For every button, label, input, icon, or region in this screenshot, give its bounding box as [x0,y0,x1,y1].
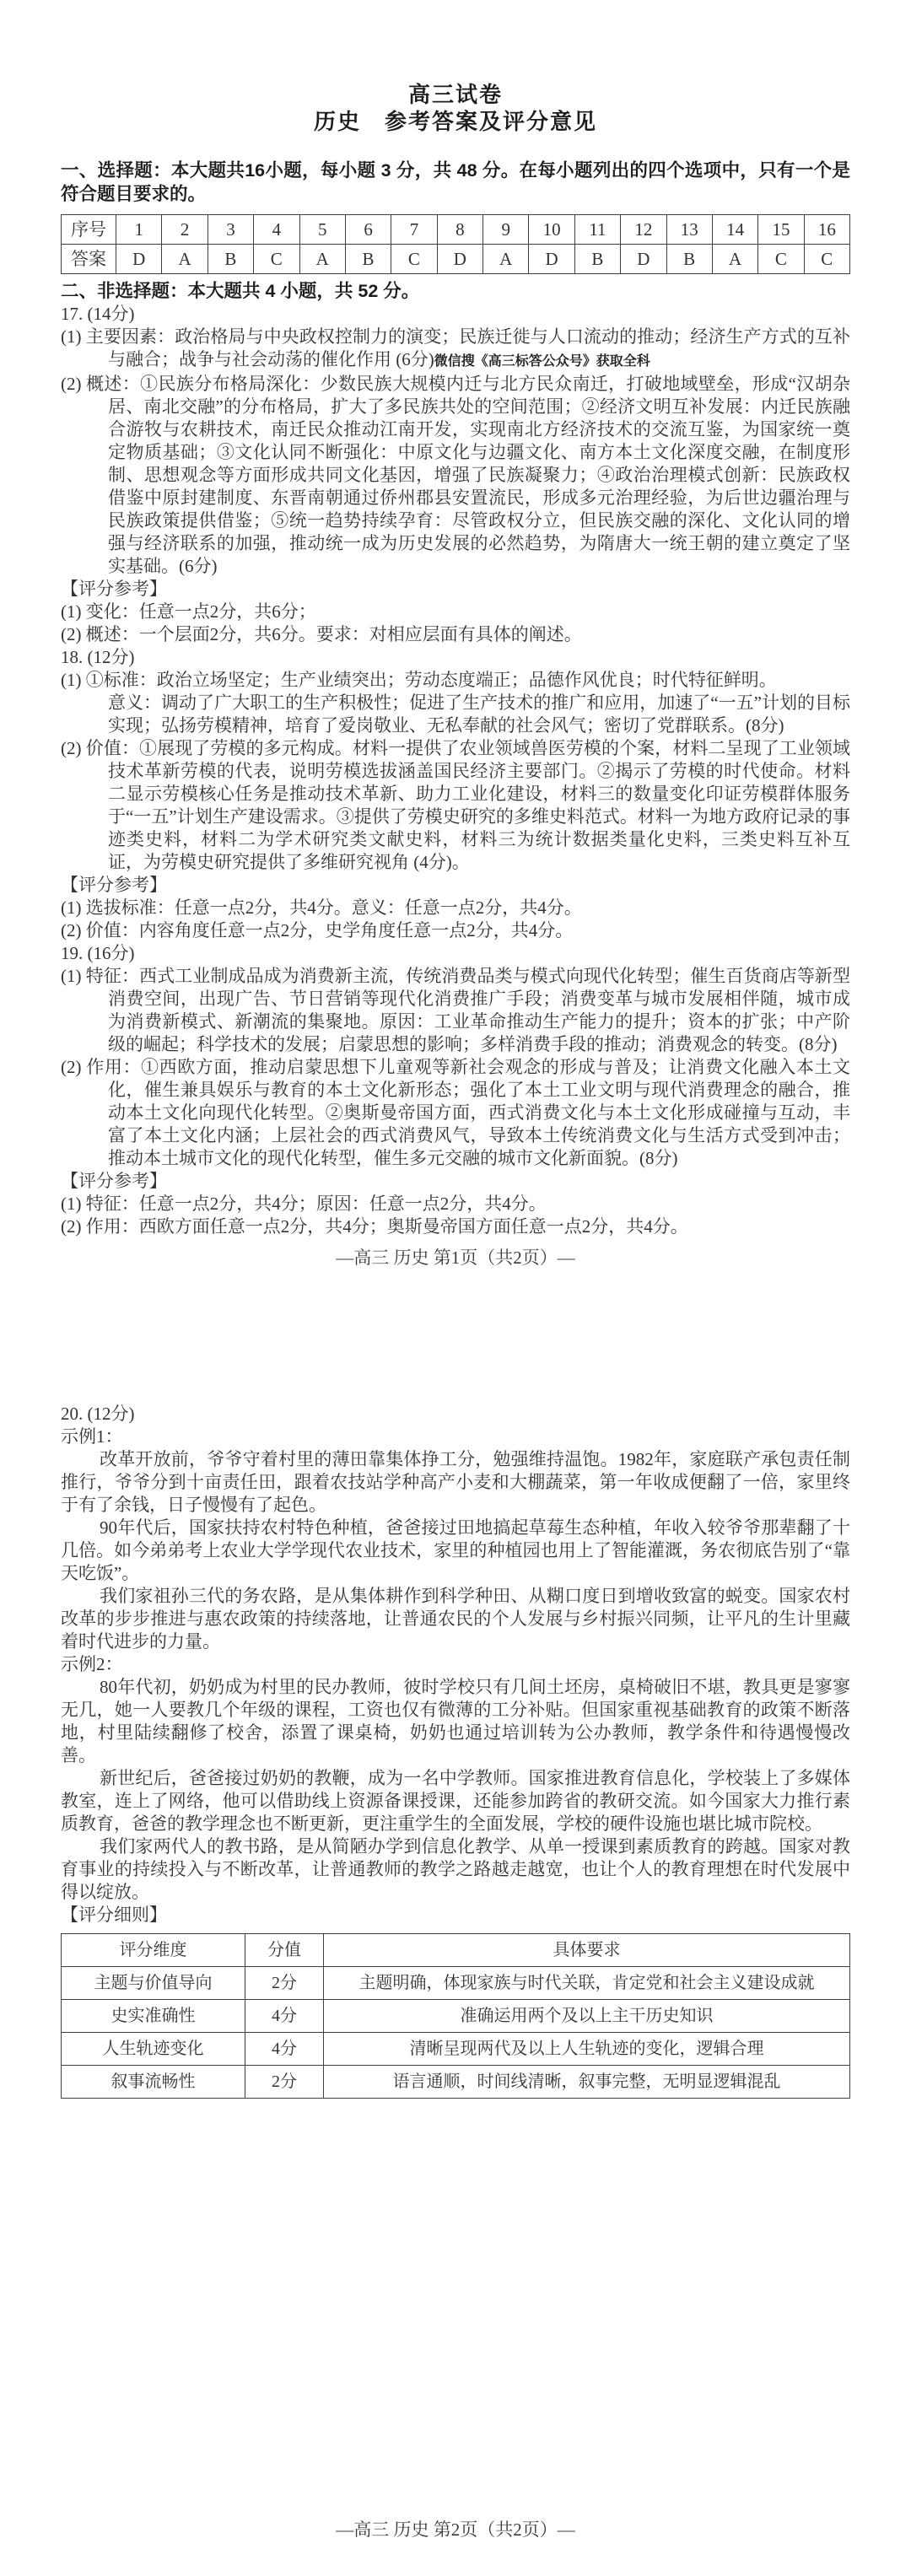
answer-cell: B [666,245,712,274]
answer-number: 7 [391,215,437,245]
rubric-requirement: 清晰呈现两代及以上人生轨迹的变化，逻辑合理 [324,2033,850,2066]
page2-footer: —高三 历史 第2页（共2页）— [61,2519,850,2541]
answer-cell: D [621,245,666,274]
page-content: 高三试卷 历史 参考答案及评分意见 一、选择题：本大题共16小题，每小题 3 分… [0,0,911,2541]
q19-scoring-1: (1) 特征：任意一点2分，共4分；原因：任意一点2分，共4分。 [61,1193,850,1215]
rubric-score: 2分 [245,2066,324,2099]
rubric-row: 主题与价值导向 2分 主题明确，体现家族与时代关联，肯定党和社会主义建设成就 [62,1967,850,2000]
q20-example2-label: 示例2： [61,1653,850,1676]
doc-title: 高三试卷 [61,81,850,108]
q20-example2-paragraph-3: 我们家两代人的教书路，是从简陋办学到信息化教学、从单一授课到素质教育的跨越。国家… [61,1835,850,1904]
answer-number: 16 [804,215,849,245]
answer-number: 15 [758,215,804,245]
answer-cell: C [254,245,299,274]
q17-scoring-2: (2) 概述：一个层面2分，共6分。要求：对相应层面有具体的阐述。 [61,623,850,646]
answer-number: 2 [162,215,208,245]
q19-answer-2: (2) 作用：①西欧方面，推动启蒙思想下儿童观等新社会观念的形成与普及；让消费文… [61,1056,850,1170]
q20-rubric-title: 【评分细则】 [61,1904,850,1927]
rubric-table: 评分维度 分值 具体要求 主题与价值导向 2分 主题明确，体现家族与时代关联，肯… [61,1933,850,2099]
answer-cell: D [116,245,162,274]
answer-number: 11 [574,215,620,245]
answer-cell: A [162,245,208,274]
answer-number: 4 [254,215,299,245]
rubric-dimension: 人生轨迹变化 [62,2033,245,2066]
q18-scoring-2: (2) 价值：内容角度任意一点2分，史学角度任意一点2分，共4分。 [61,919,850,942]
q20-header: 20. (12分) [61,1403,850,1425]
answer-number: 14 [712,215,757,245]
answer-number: 12 [621,215,666,245]
q18-header: 18. (12分) [61,646,850,669]
answer-cell: B [208,245,253,274]
q18-answer-2: (2) 价值：①展现了劳模的多元构成。材料一提供了农业领域兽医劳模的个案，材料二… [61,737,850,874]
answer-cell: C [391,245,437,274]
q17-answer-1: (1) 主要因素：政治格局与中央政权控制力的演变；民族迁徙与人口流动的推动；经济… [61,326,850,373]
answer-table-number-label: 序号 [62,215,116,245]
q19-answer-1: (1) 特征：西式工业制成品成为消费新主流，传统消费品类与模式向现代化转型；催生… [61,965,850,1056]
answer-number: 6 [345,215,391,245]
answer-cell: C [804,245,849,274]
rubric-row: 史实准确性 4分 准确运用两个及以上主干历史知识 [62,2000,850,2033]
q19-scoring-2: (2) 作用：西欧方面任意一点2分，共4分；奥斯曼帝国方面任意一点2分，共4分。 [61,1215,850,1238]
exam-answer-sheet: 高三试卷 历史 参考答案及评分意见 一、选择题：本大题共16小题，每小题 3 分… [0,0,911,2576]
rubric-requirement: 准确运用两个及以上主干历史知识 [324,2000,850,2033]
q17-scoring-1: (1) 变化：任意一点2分，共6分； [61,601,850,623]
answer-cell: C [758,245,804,274]
answer-number: 3 [208,215,253,245]
answer-table-answer-row: 答案 D A B C A B C D A D B D B A C C [62,245,850,274]
answer-number: 13 [666,215,712,245]
answer-cell: A [483,245,529,274]
answer-table-number-row: 序号 1 2 3 4 5 6 7 8 9 10 11 12 13 14 15 1… [62,215,850,245]
rubric-header-row: 评分维度 分值 具体要求 [62,1934,850,1967]
rubric-dimension: 主题与价值导向 [62,1967,245,2000]
rubric-dimension: 史实准确性 [62,2000,245,2033]
rubric-dimension: 叙事流畅性 [62,2066,245,2099]
rubric-row: 人生轨迹变化 4分 清晰呈现两代及以上人生轨迹的变化，逻辑合理 [62,2033,850,2066]
q20-example1-paragraph-3: 我们家祖孙三代的务农路，是从集体耕作到科学种田、从糊口度日到增收致富的蜕变。国家… [61,1585,850,1653]
answer-table-answer-label: 答案 [62,245,116,274]
q19-header: 19. (16分) [61,942,850,965]
q18-scoring-1: (1) 选拔标准：任意一点2分，共4分。意义：任意一点2分，共4分。 [61,897,850,919]
answer-number: 5 [299,215,345,245]
answer-number: 9 [483,215,529,245]
rubric-header-dimension: 评分维度 [62,1934,245,1967]
rubric-requirement: 主题明确，体现家族与时代关联，肯定党和社会主义建设成就 [324,1967,850,2000]
rubric-header-score: 分值 [245,1934,324,1967]
q17-header: 17. (14分) [61,303,850,326]
q20-example2-paragraph-1: 80年代初，奶奶成为村里的民办教师，彼时学校只有几间土坯房，桌椅破旧不堪，教具更… [61,1676,850,1767]
answer-cell: A [712,245,757,274]
rubric-score: 4分 [245,2000,324,2033]
answer-number: 8 [437,215,482,245]
doc-subtitle: 历史 参考答案及评分意见 [61,108,850,135]
q17-answer-2: (2) 概述：①民族分布格局深化：少数民族大规模内迁与北方民众南迁，打破地域壁垒… [61,373,850,578]
answer-number: 1 [116,215,162,245]
answer-cell: A [299,245,345,274]
answer-number: 10 [529,215,574,245]
q18-answer-1-standard: (1) ①标准：政治立场坚定；生产业绩突出；劳动态度端正；品德作风优良；时代特征… [61,669,850,692]
q20-example1-label: 示例1： [61,1425,850,1448]
q17-scoring-title: 【评分参考】 [61,578,850,601]
q19-scoring-title: 【评分参考】 [61,1170,850,1193]
answer-cell: B [345,245,391,274]
q18-answer-1-meaning: 意义：调动了广大职工的生产积极性；促进了生产技术的推广和应用，加速了“一五”计划… [61,692,850,737]
q18-scoring-title: 【评分参考】 [61,874,850,897]
rubric-score: 2分 [245,1967,324,2000]
page1-footer: —高三 历史 第1页（共2页）— [61,1247,850,1269]
answer-cell: D [529,245,574,274]
answer-cell: B [574,245,620,274]
answer-cell: D [437,245,482,274]
section2-heading: 二、非选择题：本大题共 4 小题，共 52 分。 [61,279,850,303]
rubric-score: 4分 [245,2033,324,2066]
answer-table: 序号 1 2 3 4 5 6 7 8 9 10 11 12 13 14 15 1… [61,214,850,274]
rubric-requirement: 语言通顺，时间线清晰，叙事完整，无明显逻辑混乱 [324,2066,850,2099]
rubric-row: 叙事流畅性 2分 语言通顺，时间线清晰，叙事完整，无明显逻辑混乱 [62,2066,850,2099]
section1-heading: 一、选择题：本大题共16小题，每小题 3 分，共 48 分。在每小题列出的四个选… [61,159,850,206]
q20-example2-paragraph-2: 新世纪后，爸爸接过奶奶的教鞭，成为一名中学教师。国家推进教育信息化，学校装上了多… [61,1767,850,1835]
promo-text: 微信搜《高三标答公众号》获取全科 [434,354,650,369]
q20-example1-paragraph-1: 改革开放前，爷爷守着村里的薄田靠集体挣工分，勉强维持温饱。1982年，家庭联产承… [61,1448,850,1517]
rubric-header-requirement: 具体要求 [324,1934,850,1967]
q20-example1-paragraph-2: 90年代后，国家扶持农村特色种植，爸爸接过田地搞起草莓生态种植，年收入较爷爷那辈… [61,1517,850,1585]
